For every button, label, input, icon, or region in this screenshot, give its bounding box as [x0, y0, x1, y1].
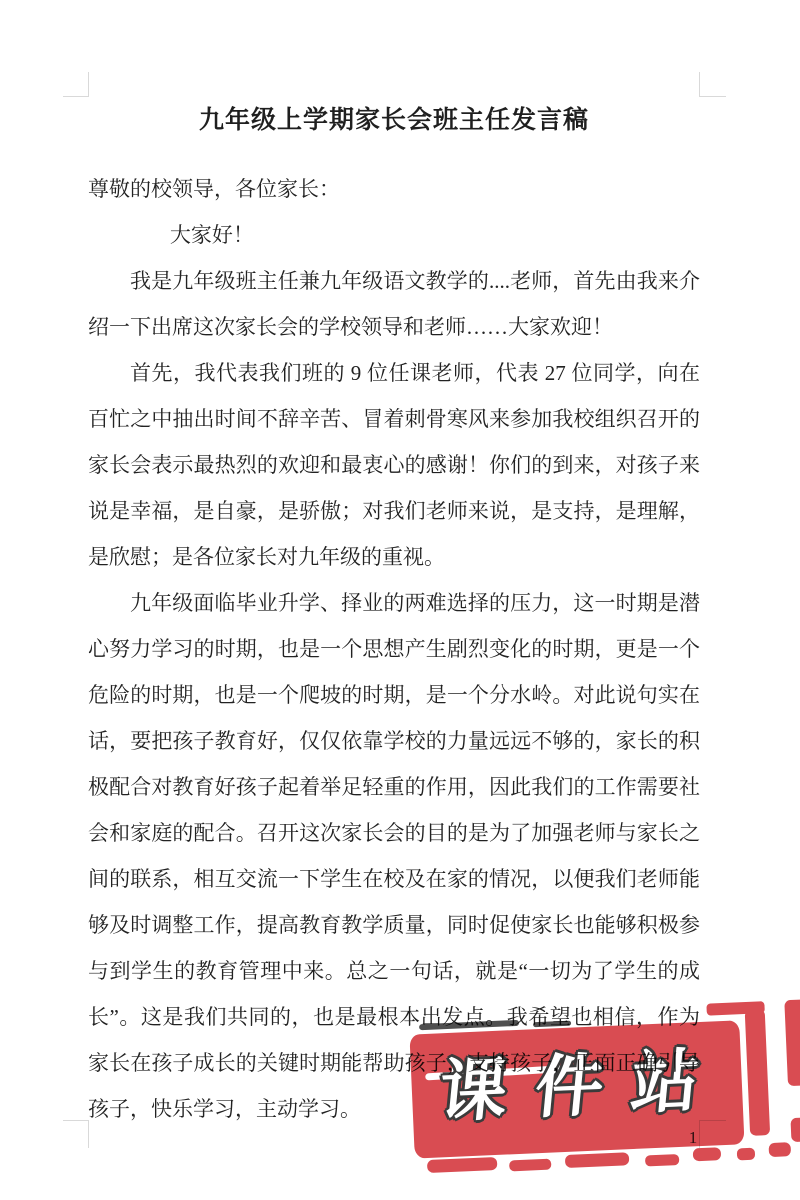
- paragraph-main: 九年级面临毕业升学、择业的两难选择的压力，这一时期是潜心努力学习的时期，也是一个…: [88, 580, 700, 1132]
- stamp-bottom-dash: [645, 1154, 679, 1166]
- stamp-bottom-dash: [693, 1147, 722, 1161]
- stamp-bottom-dash: [509, 1159, 551, 1172]
- page-title: 九年级上学期家长会班主任发言稿: [88, 100, 700, 136]
- stamp-frame-right-bar: [745, 1009, 770, 1136]
- text-boundary-mark-bottom-right: [699, 1120, 726, 1148]
- stamp-frame-top-dash: [706, 1001, 764, 1016]
- stamp-grunge-blob: [790, 1117, 800, 1142]
- stamp-bottom-dash: [737, 1148, 756, 1161]
- text-boundary-mark-top-right: [699, 72, 726, 97]
- paragraph-introduction: 我是九年级班主任兼九年级语文教学的....老师，首先由我来介绍一下出席这次家长会…: [88, 258, 700, 350]
- paragraph-welcome: 首先，我代表我们班的 9 位任课老师，代表 27 位同学，向在百忙之中抽出时间不…: [88, 350, 700, 580]
- stamp-bottom-dash: [427, 1157, 498, 1173]
- stamp-bottom-dash: [565, 1152, 630, 1168]
- page-number: 1: [683, 1128, 703, 1148]
- text-boundary-mark-bottom-left: [63, 1120, 89, 1148]
- text-boundary-mark-top-left: [63, 72, 89, 97]
- paragraph-greeting: 大家好！: [88, 212, 700, 258]
- document-body: 尊敬的校领导，各位家长： 大家好！ 我是九年级班主任兼九年级语文教学的....老…: [88, 166, 700, 1132]
- stamp-bottom-dash: [769, 1142, 792, 1157]
- stamp-frame-edge-bar: [784, 999, 800, 1086]
- paragraph-salutation: 尊敬的校领导，各位家长：: [88, 166, 700, 212]
- document-page: 九年级上学期家长会班主任发言稿 尊敬的校领导，各位家长： 大家好！ 我是九年级班…: [0, 0, 800, 1200]
